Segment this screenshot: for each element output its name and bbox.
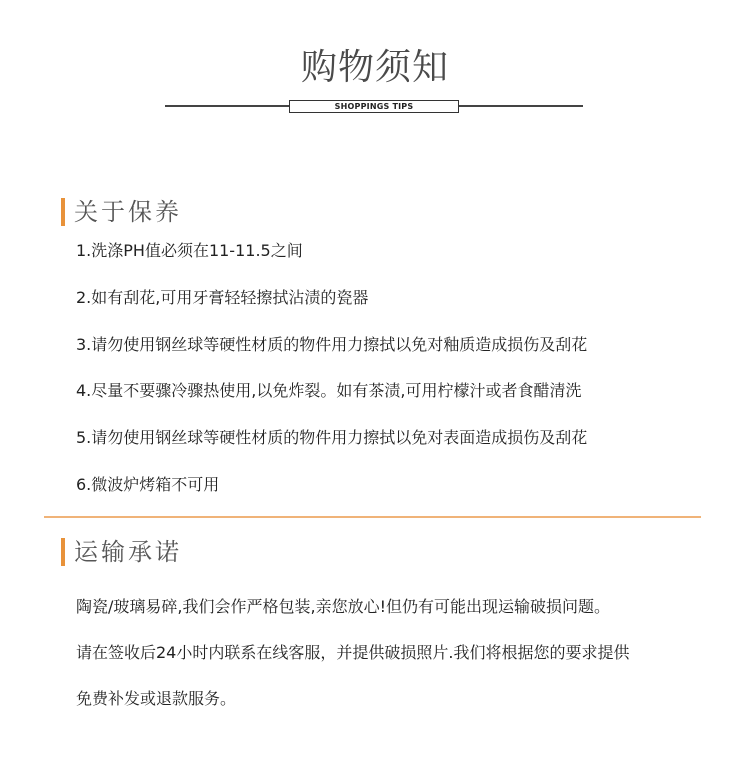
page-title: 购物须知	[0, 44, 750, 92]
shipping-line: 陶瓷/玻璃易碎,我们会作严格包装,亲您放心!但仍有可能出现运输破损问题。	[76, 596, 610, 618]
section-heading-text: 关于保养	[74, 198, 182, 226]
care-item: 1.洗涤PH值必须在11-11.5之间	[76, 240, 303, 262]
section-heading-care: 关于保养	[61, 198, 182, 226]
shipping-line: 免费补发或退款服务。	[76, 688, 236, 710]
subtitle-badge: SHOPPINGS TIPS	[289, 100, 459, 113]
section-heading-text: 运输承诺	[74, 538, 182, 566]
section-divider	[44, 516, 701, 518]
accent-bar	[61, 198, 65, 226]
section-heading-shipping: 运输承诺	[61, 538, 182, 566]
care-item: 2.如有刮花,可用牙膏轻轻擦拭沾渍的瓷器	[76, 287, 368, 309]
shipping-line: 请在签收后24小时内联系在线客服，并提供破损照片.我们将根据您的要求提供	[76, 642, 629, 664]
care-item: 5.请勿使用钢丝球等硬性材质的物件用力擦拭以免对表面造成损伤及刮花	[76, 427, 587, 449]
care-item: 6.微波炉烤箱不可用	[76, 474, 219, 496]
care-item: 4.尽量不要骤冷骤热使用,以免炸裂。如有茶渍,可用柠檬汁或者食醋清洗	[76, 380, 581, 402]
accent-bar	[61, 538, 65, 566]
care-item: 3.请勿使用钢丝球等硬性材质的物件用力擦拭以免对釉质造成损伤及刮花	[76, 334, 587, 356]
